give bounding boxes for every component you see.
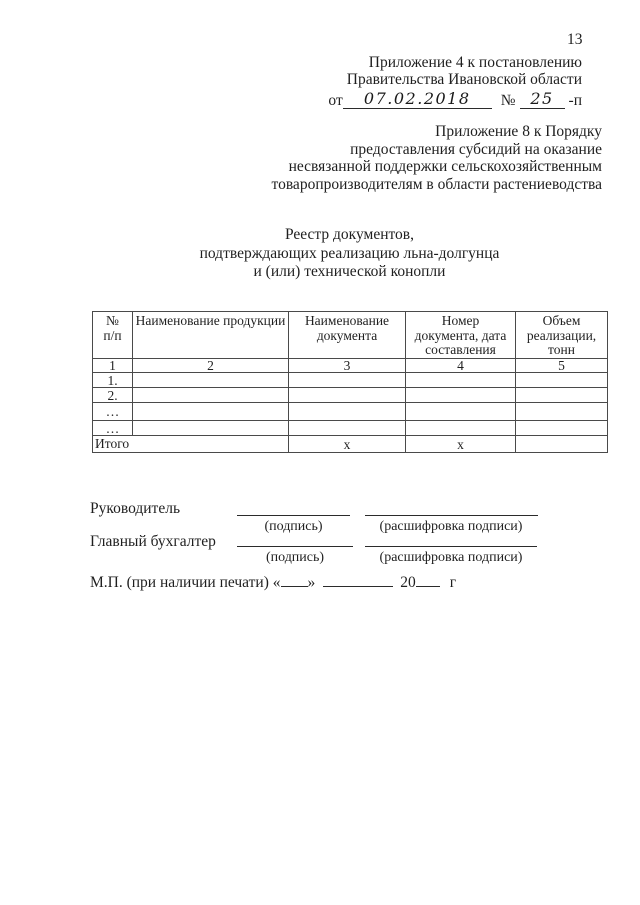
header-text: документа (291, 329, 403, 344)
decree-date-blank: 07.02.2018 (343, 89, 492, 109)
signature-label-accountant: Главный бухгалтер (90, 533, 216, 551)
header-cell-product: Наименование продукции (133, 312, 289, 359)
empty-cell (516, 388, 608, 403)
empty-cell (133, 403, 289, 421)
header-cell-doc-name: Наименование документа (289, 312, 406, 359)
header-cell-volume: Объем реализации, тонн (516, 312, 608, 359)
title-line3: и (или) технической конопли (92, 263, 607, 282)
column-number-row: 1 2 3 4 5 (93, 359, 608, 373)
signature-caption: (расшифровка подписи) (358, 550, 544, 565)
year-unit: г (450, 574, 456, 591)
row-number-cell: 1. (93, 373, 133, 388)
decree-number-blank: 25 (520, 89, 565, 109)
row-number-cell: … (93, 421, 133, 436)
empty-cell (133, 388, 289, 403)
header-text: Номер (408, 314, 513, 329)
stamp-prefix: М.П. (при наличии печати) (90, 574, 269, 591)
empty-cell (516, 403, 608, 421)
empty-cell (289, 373, 406, 388)
header-text: тонн (518, 343, 605, 358)
column-number: 2 (133, 359, 289, 373)
empty-cell (289, 421, 406, 436)
stamp-date-line: М.П. (при наличии печати) «»20г (90, 573, 456, 592)
signature-caption: (подпись) (237, 550, 353, 565)
total-x-mark: х (406, 436, 516, 453)
signature-line (365, 546, 537, 547)
empty-cell (516, 373, 608, 388)
column-number: 1 (93, 359, 133, 373)
row-number-cell: 2. (93, 388, 133, 403)
header-text: Наименование продукции (135, 314, 286, 329)
row-number-cell: … (93, 403, 133, 421)
appendix2-line1: Приложение 8 к Порядку (230, 123, 602, 141)
appendix-reference-block-2: Приложение 8 к Порядку предоставления су… (230, 123, 602, 193)
title-line1: Реестр документов, (92, 226, 607, 245)
column-number: 5 (516, 359, 608, 373)
signature-line (237, 546, 353, 547)
empty-cell (516, 436, 608, 453)
empty-cell (516, 421, 608, 436)
decree-date-number-line: от 07.02.2018 № 25 -п (312, 89, 582, 109)
quote-close: » (308, 574, 316, 591)
year-prefix: 20 (400, 574, 416, 591)
column-number: 4 (406, 359, 516, 373)
total-x-mark: х (289, 436, 406, 453)
header-text: Наименование (291, 314, 403, 329)
empty-cell (133, 373, 289, 388)
signature-caption: (расшифровка подписи) (358, 519, 544, 534)
appendix1-line2: Правительства Ивановской области (312, 71, 582, 88)
header-text: реализации, (518, 329, 605, 344)
document-page: 13 Приложение 4 к постановлению Правител… (0, 0, 640, 905)
number-sign: № (501, 92, 516, 109)
total-label: Итого (93, 436, 289, 453)
header-text: № (95, 314, 130, 329)
empty-cell (289, 388, 406, 403)
appendix2-line2: предоставления субсидий на оказание (230, 141, 602, 159)
empty-cell (289, 403, 406, 421)
signature-caption: (подпись) (237, 519, 350, 534)
decree-number-suffix: -п (569, 92, 582, 109)
table-row: 1. (93, 373, 608, 388)
appendix2-line3: несвязанной поддержки сельскохозяйственн… (230, 158, 602, 176)
header-text: составления (408, 343, 513, 358)
from-label: от (328, 92, 342, 109)
empty-cell (406, 403, 516, 421)
empty-cell (406, 388, 516, 403)
year-blank (416, 573, 440, 587)
signature-line (237, 515, 350, 516)
table-header-row: № п/п Наименование продукции Наименовани… (93, 312, 608, 359)
signature-label-director: Руководитель (90, 500, 180, 518)
header-cell-num: № п/п (93, 312, 133, 359)
page-number: 13 (567, 31, 583, 49)
table-row: … (93, 403, 608, 421)
quote-open: « (273, 574, 281, 591)
header-cell-doc-number: Номер документа, дата составления (406, 312, 516, 359)
appendix1-line1: Приложение 4 к постановлению (312, 54, 582, 71)
column-number: 3 (289, 359, 406, 373)
table-row: … (93, 421, 608, 436)
header-text: Объем (518, 314, 605, 329)
signature-line (365, 515, 538, 516)
header-text: документа, дата (408, 329, 513, 344)
empty-cell (133, 421, 289, 436)
empty-cell (406, 373, 516, 388)
header-text: п/п (95, 329, 130, 344)
total-row: Итого х х (93, 436, 608, 453)
table-row: 2. (93, 388, 608, 403)
handwritten-number: 25 (530, 91, 553, 108)
title-line2: подтверждающих реализацию льна-долгунца (92, 245, 607, 264)
document-title: Реестр документов, подтверждающих реализ… (92, 226, 607, 282)
appendix-reference-block-1: Приложение 4 к постановлению Правительст… (312, 54, 582, 109)
empty-cell (406, 421, 516, 436)
day-blank (281, 573, 308, 587)
registry-table: № п/п Наименование продукции Наименовани… (92, 311, 608, 453)
month-blank (323, 573, 393, 587)
handwritten-date: 07.02.2018 (364, 91, 471, 108)
appendix2-line4: товаропроизводителям в области растениев… (230, 176, 602, 194)
